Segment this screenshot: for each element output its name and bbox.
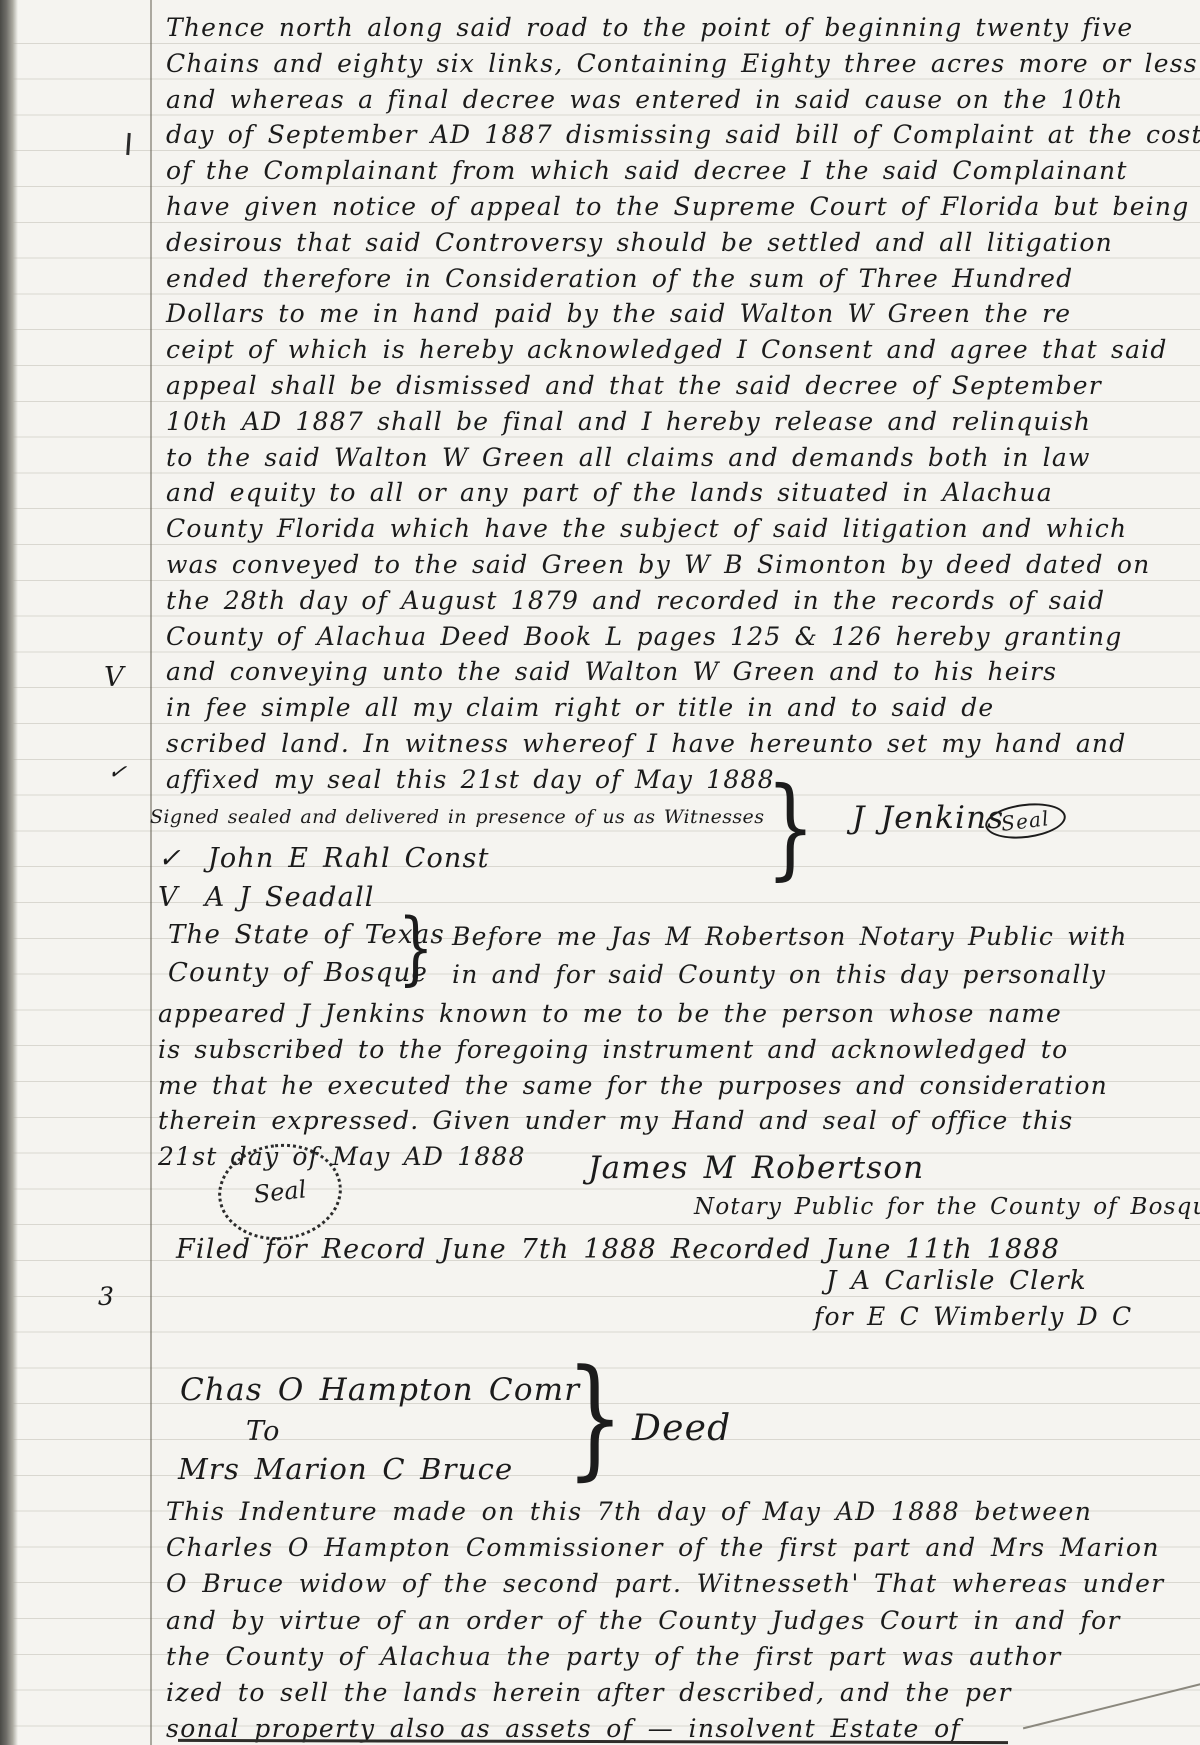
handwritten-line: appeal shall be dismissed and that the s… [166, 368, 1200, 404]
notary-signature-title: Notary Public for the County of Bosque T… [694, 1194, 1200, 1220]
venue-brace: } [398, 908, 434, 988]
witness-signature-row: V A J Seadall [158, 882, 375, 913]
deed-caption-grantor: Chas O Hampton Comr [180, 1372, 580, 1408]
deed-indenture-body: This Indenture made on this 7th day of M… [166, 1494, 1165, 1745]
handwritten-line: therein expressed. Given under my Hand a… [158, 1103, 1108, 1139]
handwritten-line: in fee simple all my claim right or titl… [166, 690, 1200, 726]
handwritten-line: and whereas a final decree was entered i… [166, 82, 1200, 118]
handwritten-line: This Indenture made on this 7th day of M… [166, 1494, 1165, 1530]
deed-caption-to: To [246, 1416, 281, 1447]
notary-acknowledgment-line: in and for said County on this day perso… [452, 960, 1106, 989]
handwritten-line: County of Alachua Deed Book L pages 125 … [166, 619, 1200, 655]
release-agreement-body: Thence north along said road to the poin… [166, 10, 1200, 798]
handwritten-line: County Florida which have the subject of… [166, 511, 1200, 547]
attestation-brace: } [766, 772, 815, 882]
handwritten-line: and conveying unto the said Walton W Gre… [166, 654, 1200, 690]
deputy-clerk-signature: for E C Wimberly D C [814, 1302, 1132, 1331]
handwritten-line: desirous that said Controversy should be… [166, 225, 1200, 261]
handwritten-line: and by virtue of an order of the County … [166, 1603, 1165, 1639]
deed-caption-brace: } [566, 1352, 624, 1482]
deed-caption-grantee: Mrs Marion C Bruce [178, 1452, 513, 1486]
witness-check-mark: ✓ [158, 843, 182, 874]
margin-rule-line [150, 0, 152, 1745]
grantor-signature: J Jenkins [852, 800, 1004, 836]
notary-acknowledgment-line: Before me Jas M Robertson Notary Public … [452, 922, 1128, 951]
handwritten-line: Dollars to me in hand paid by the said W… [166, 296, 1200, 332]
handwritten-line: Thence north along said road to the poin… [166, 10, 1200, 46]
handwritten-line: ized to sell the lands herein after desc… [166, 1675, 1165, 1711]
handwritten-line: 10th AD 1887 shall be final and I hereby… [166, 404, 1200, 440]
notary-signature: James M Robertson [588, 1150, 924, 1186]
handwritten-line: day of September AD 1887 dismissing said… [166, 117, 1200, 153]
handwritten-line: me that he executed the same for the pur… [158, 1068, 1108, 1104]
handwritten-line: have given notice of appeal to the Supre… [166, 189, 1200, 225]
handwritten-line: and equity to all or any part of the lan… [166, 475, 1200, 511]
witness-name: John E Rahl Const [208, 843, 490, 874]
handwritten-line: ceipt of which is hereby acknowledged I … [166, 332, 1200, 368]
handwritten-line: Charles O Hampton Commissioner of the fi… [166, 1530, 1165, 1566]
filing-record-line: Filed for Record June 7th 1888 Recorded … [176, 1234, 1060, 1265]
handwritten-line: is subscribed to the foregoing instrumen… [158, 1032, 1108, 1068]
margin-number-mark: 3 [98, 1282, 115, 1311]
handwritten-line: the County of Alachua the party of the f… [166, 1639, 1165, 1675]
notary-venue-county: County of Bosque [168, 958, 428, 988]
margin-check-mark: ✓ [106, 759, 129, 786]
notary-seal-label: Seal [252, 1175, 307, 1208]
margin-v-mark: V [104, 662, 125, 693]
handwritten-line: affixed my seal this 21st day of May 188… [166, 762, 1200, 798]
handwritten-line: appeared J Jenkins known to me to be the… [158, 996, 1108, 1032]
deed-instrument-label: Deed [632, 1408, 731, 1449]
page-binding-edge [0, 0, 18, 1745]
witness-check-mark: V [158, 882, 179, 913]
witness-signature-row: ✓ John E Rahl Const [158, 843, 490, 874]
scanned-deed-record-page: V ✓ 3 Thence north along said road to th… [0, 0, 1200, 1745]
handwritten-line: O Bruce widow of the second part. Witnes… [166, 1566, 1165, 1602]
attestation-clause: Signed sealed and delivered in presence … [150, 806, 764, 828]
handwritten-line: was conveyed to the said Green by W B Si… [166, 547, 1200, 583]
handwritten-line: the 28th day of August 1879 and recorded… [166, 583, 1200, 619]
handwritten-line: ended therefore in Consideration of the … [166, 261, 1200, 297]
handwritten-line: scribed land. In witness whereof I have … [166, 726, 1200, 762]
clerk-signature: J A Carlisle Clerk [826, 1266, 1087, 1296]
pen-tick-mark [126, 133, 131, 155]
handwritten-line: to the said Walton W Green all claims an… [166, 440, 1200, 476]
handwritten-line: of the Complainant from which said decre… [166, 153, 1200, 189]
handwritten-line: Chains and eighty six links, Containing … [166, 46, 1200, 82]
witness-name: A J Seadall [205, 882, 375, 913]
